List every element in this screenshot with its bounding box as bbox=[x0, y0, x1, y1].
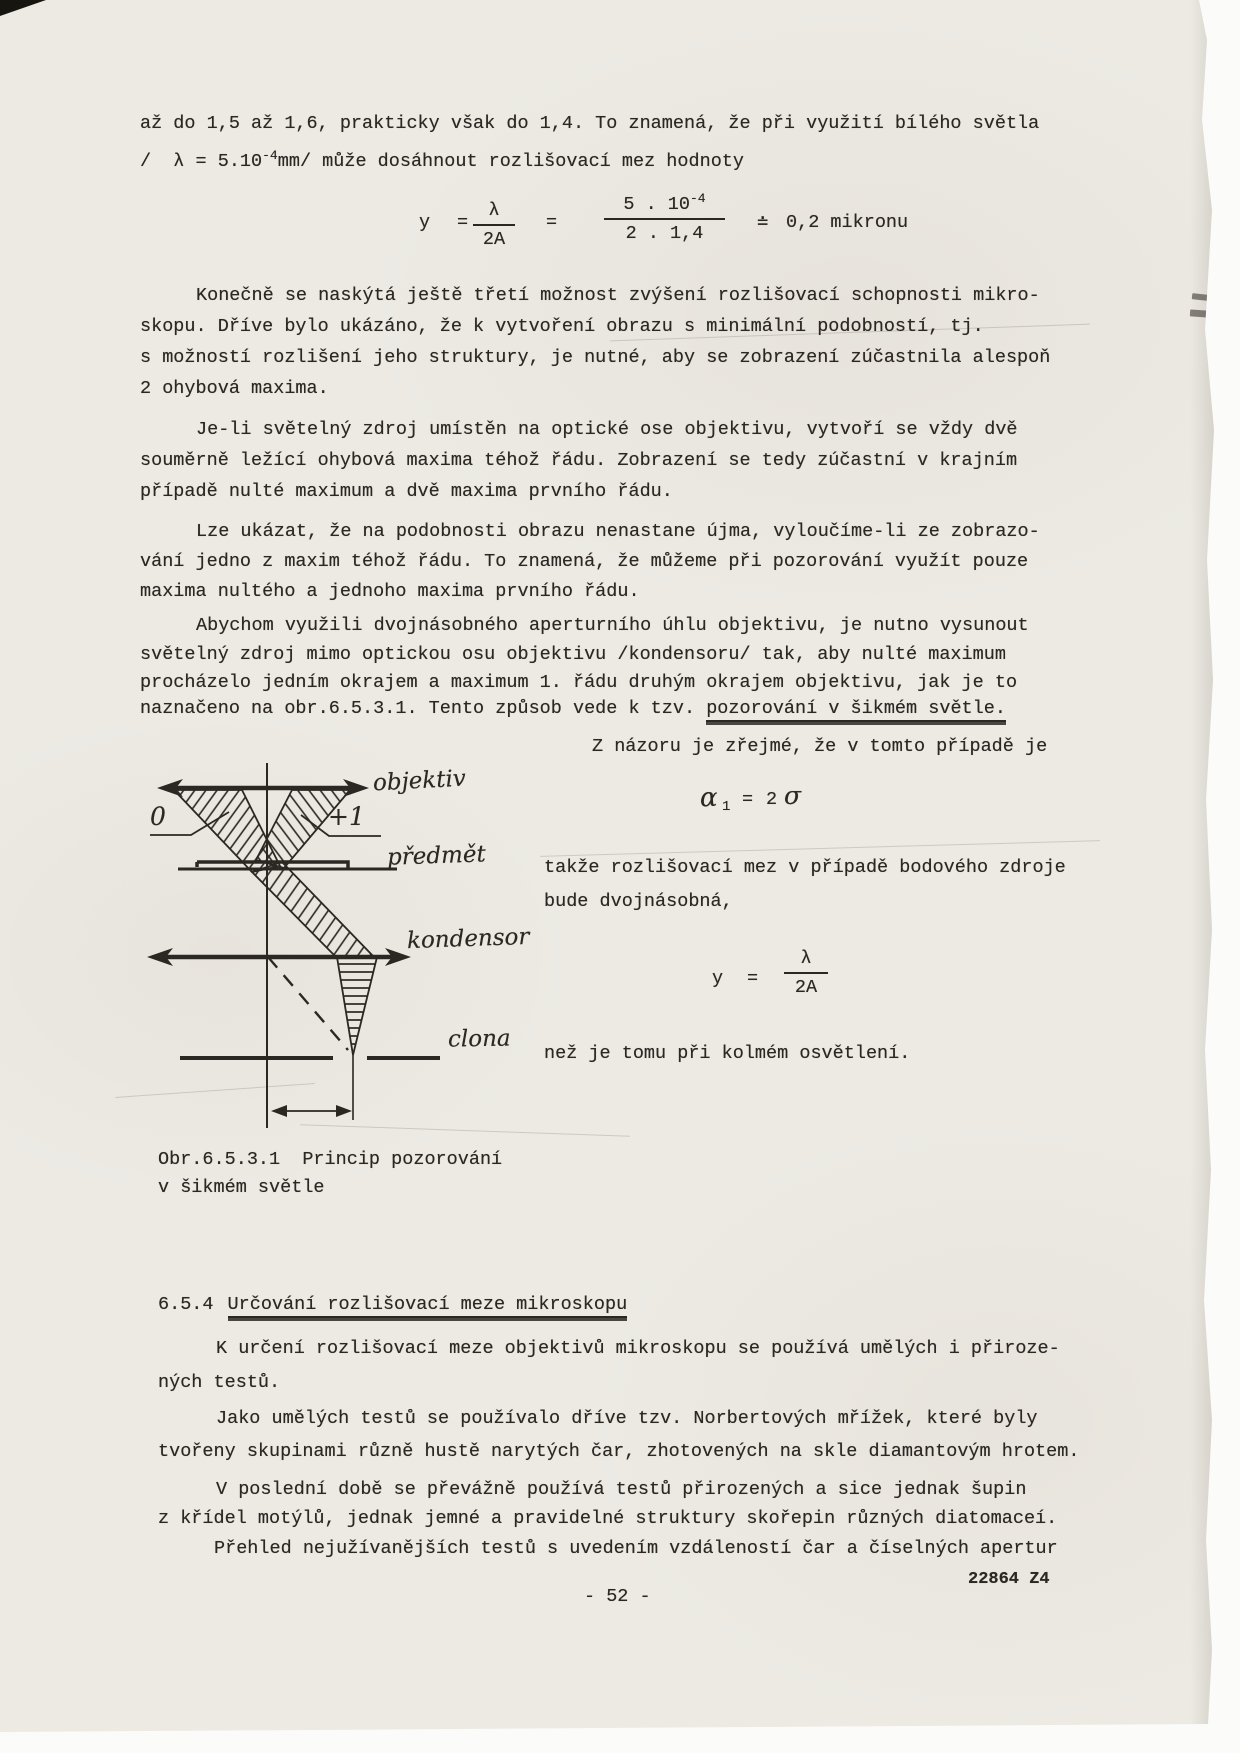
section-heading: 6.5.4Určování rozlišovací meze mikroskop… bbox=[158, 1293, 627, 1317]
scanned-document-page: až do 1,5 až 1,6, prakticky však do 1,4.… bbox=[0, 0, 1240, 1753]
paragraph-line: 2 ohybová maxima. bbox=[140, 377, 329, 401]
dashed-ray-line bbox=[268, 957, 348, 1050]
equals-sign: = bbox=[546, 212, 557, 233]
paragraph-line: V poslední době se převážně používá test… bbox=[216, 1478, 1026, 1502]
paper-crease bbox=[540, 840, 1100, 857]
diagram-label-zero-order: 0 bbox=[150, 802, 166, 831]
subscript: 1 bbox=[722, 799, 730, 815]
condenser-cone bbox=[337, 957, 377, 1055]
paragraph-line: Jako umělých testů se používalo dříve tz… bbox=[216, 1407, 1038, 1431]
diagram-label-condenser: kondensor bbox=[407, 924, 530, 954]
y-formula: y = λ 2A bbox=[706, 948, 866, 1008]
underlined-term: pozorování v šikmém světle. bbox=[706, 698, 1006, 722]
diagram-label-specimen: předmět bbox=[387, 841, 487, 870]
formula-result: 0,2 mikronu bbox=[786, 212, 908, 233]
paragraph-line: z křídel motýlů, jednak jemné a pravidel… bbox=[158, 1507, 1057, 1531]
equals-sign: = bbox=[457, 212, 468, 233]
paragraph-line: s možností rozlišení jeho struktury, je … bbox=[140, 346, 1050, 370]
paragraph-line: skopu. Dříve bylo ukázáno, že k vytvořen… bbox=[140, 315, 984, 339]
approx-equals-sign: ≐ bbox=[757, 212, 768, 234]
paragraph-line: případě nulté maximum a dvě maxima první… bbox=[140, 480, 673, 504]
fraction-lambda-2A: λ 2A bbox=[473, 200, 515, 250]
paragraph-line: maxima nultého a jednoho maxima prvního … bbox=[140, 580, 640, 604]
diagram-label-first-order: +1 bbox=[328, 802, 365, 831]
fraction-denominator: 2A bbox=[473, 226, 515, 250]
paragraph-line: tvořeny skupinami různě hustě narytých č… bbox=[158, 1440, 1079, 1464]
right-column-line: než je tomu při kolmém osvětlení. bbox=[544, 1042, 910, 1066]
diagram-label-objective: objektiv bbox=[372, 766, 466, 797]
paragraph-line: Lze ukázat, že na podobnosti obrazu nena… bbox=[196, 520, 1040, 544]
illumination-beam bbox=[252, 862, 374, 957]
formula-inline-pre: / λ = 5.10 bbox=[140, 151, 262, 172]
paper-sheet: až do 1,5 až 1,6, prakticky však do 1,4.… bbox=[0, 0, 1216, 1734]
paragraph-line: naznačeno na obr.6.5.3.1. Tento způsob v… bbox=[140, 697, 1006, 721]
paragraph-line: Abychom využili dvojnásobného aperturníh… bbox=[196, 614, 1029, 638]
formula-lhs: y bbox=[712, 968, 723, 989]
paragraph-line: světelný zdroj mimo optickou osu objekti… bbox=[140, 643, 1006, 667]
equals-sign: = bbox=[742, 789, 753, 810]
page-number: - 52 - bbox=[584, 1585, 651, 1609]
exponent: -4 bbox=[262, 148, 278, 163]
fraction-numerator: λ bbox=[473, 200, 515, 226]
paragraph-text: naznačeno na obr.6.5.3.1. Tento způsob v… bbox=[140, 698, 706, 719]
paragraph-line: Přehled nejužívanějších testů s uvedením… bbox=[214, 1537, 1058, 1561]
right-column-line: bude dvojnásobná, bbox=[544, 890, 733, 914]
coefficient: 2 bbox=[766, 789, 777, 810]
fraction-lambda-2A: λ 2A bbox=[784, 948, 828, 998]
fraction-numeric: 5 . 10-4 2 . 1,4 bbox=[604, 194, 725, 244]
figure-caption-line: v šikmém světle bbox=[158, 1176, 325, 1200]
sigma-symbol: σ bbox=[784, 781, 801, 810]
paragraph-line: Je-li světelný zdroj umístěn na optické … bbox=[196, 418, 1018, 442]
paragraph-line: souměrně ležící ohybová maxima téhož řád… bbox=[140, 449, 1017, 473]
right-column-line: Z názoru je zřejmé, že v tomto případě j… bbox=[592, 735, 1047, 759]
formula-lhs: y bbox=[419, 212, 430, 233]
paragraph-line: K určení rozlišovací meze objektivů mikr… bbox=[216, 1337, 1060, 1361]
edge-smudge bbox=[1190, 309, 1208, 317]
fraction-numerator: λ bbox=[784, 948, 828, 974]
body-text-line: až do 1,5 až 1,6, prakticky však do 1,4.… bbox=[140, 112, 1039, 136]
right-column-line: takže rozlišovací mez v případě bodového… bbox=[544, 856, 1066, 880]
formula-inline-post: mm/ může dosáhnout rozlišovací mez hodno… bbox=[278, 151, 744, 172]
alpha-symbol: α bbox=[700, 783, 718, 813]
fraction-denominator: 2 . 1,4 bbox=[604, 220, 725, 244]
paragraph-line: vání jedno z maxim téhož řádu. To znamen… bbox=[140, 550, 1028, 574]
dimension-arrowhead-right bbox=[336, 1105, 352, 1117]
dimension-arrowhead-left bbox=[271, 1105, 287, 1117]
paragraph-line: procházelo jedním okrajem a maximum 1. ř… bbox=[140, 671, 1017, 695]
paragraph-line: ných testů. bbox=[158, 1371, 280, 1395]
numeric-value: 5 . 10 bbox=[623, 194, 690, 215]
equals-sign: = bbox=[747, 968, 758, 989]
section-number: 6.5.4 bbox=[158, 1294, 214, 1315]
exponent: -4 bbox=[690, 191, 706, 206]
fraction-denominator: 2A bbox=[784, 974, 828, 998]
diagram-label-diaphragm: clona bbox=[448, 1025, 511, 1052]
torn-edge-shading bbox=[1190, 0, 1216, 1734]
paragraph-line: Konečně se naskýtá ještě třetí možnost z… bbox=[196, 284, 1040, 308]
print-code: 22864 Z4 bbox=[968, 1568, 1050, 1592]
figure-caption-line: Obr.6.5.3.1 Princip pozorování bbox=[158, 1148, 502, 1172]
resolution-formula: y = λ 2A = 5 . 10-4 2 . 1,4 ≐ 0,2 mikron… bbox=[415, 192, 955, 272]
body-text-line: / λ = 5.10-4mm/ může dosáhnout rozlišova… bbox=[140, 150, 744, 175]
section-title: Určování rozlišovací meze mikroskopu bbox=[228, 1294, 628, 1318]
oblique-light-diagram bbox=[128, 752, 520, 1164]
alpha-formula: α 1 = 2 σ bbox=[700, 783, 840, 827]
fraction-numerator: 5 . 10-4 bbox=[604, 194, 725, 220]
